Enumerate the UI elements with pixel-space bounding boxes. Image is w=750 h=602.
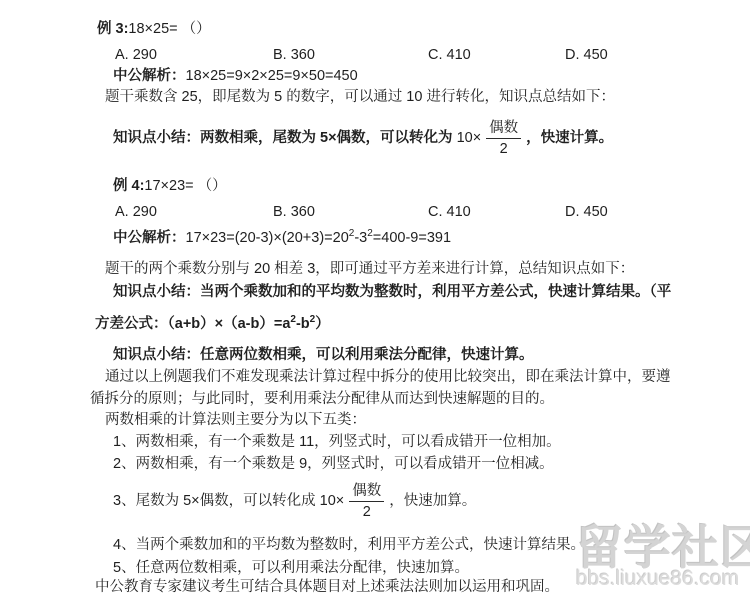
- example3-analysis-label: 中公解析：: [113, 68, 186, 84]
- example3-option-d: D. 450: [565, 45, 608, 65]
- rule-5: 5、任意两位数相乘，可以利用乘法分配律，快速加算。: [113, 558, 469, 578]
- conclusion-para-line2: 循拆分的原则；与此同时，要利用乘法分配律从而达到快速解题的目的。: [90, 389, 554, 409]
- example3-analysis: 中公解析：18×25=9×2×25=9×50=450: [113, 66, 358, 86]
- example4-analysis-label: 中公解析：: [113, 230, 186, 246]
- example3-summary-suffix: ，快速计算。: [526, 128, 613, 148]
- example3-option-c: C. 410: [428, 45, 471, 65]
- example4-analysis: 中公解析：17×23=(20-3)×(20+3)=202-32=400-9=39…: [113, 228, 451, 248]
- formula-p1: 方差公式：（a+b）×（a-b）=a: [95, 316, 290, 332]
- example3-fraction-numerator: 偶数: [486, 120, 521, 139]
- example3-summary-formula: 10×: [457, 128, 482, 148]
- example3-question: 18×25= （）: [128, 21, 210, 37]
- example4-heading: 例 4:17×23= （）: [113, 176, 227, 196]
- example3-options-row: A. 290 B. 360 C. 410 D. 450: [0, 45, 750, 65]
- example4-options-row: A. 290 B. 360 C. 410 D. 450: [0, 202, 750, 222]
- rule3-prefix: 3、尾数为 5×偶数，可以转化成: [113, 491, 316, 511]
- formula-p2: -b: [296, 316, 310, 332]
- watermark: 留学社区 bbs.liuxue86.com: [576, 524, 750, 590]
- rule-1: 1、两数相乘，有一个乘数是 11，列竖式时，可以看成错开一位相加。: [113, 432, 561, 452]
- example3-fraction: 偶数 2: [486, 120, 521, 157]
- conclusion-summary3: 知识点小结：任意两位数相乘，可以利用乘法分配律，快速计算。: [113, 345, 534, 365]
- conclusion-advice: 中公教育专家建议考生可结合具体题目对上述乘法法则加以运用和巩固。: [95, 577, 559, 597]
- example4-question: 17×23= （）: [144, 178, 226, 194]
- conclusion-intro: 两数相乘的计算法则主要分为以下五类：: [105, 410, 366, 430]
- example4-option-a: A. 290: [115, 202, 157, 222]
- example4-analysis-p2: -3: [354, 230, 367, 246]
- example3-summary-prefix: 知识点小结：两数相乘，尾数为 5×偶数，可以转化为: [113, 128, 453, 148]
- example4-summary-line2: 方差公式：（a+b）×（a-b）=a2-b2）: [95, 314, 330, 334]
- example4-analysis-p1: 17×23=(20-3)×(20+3)=20: [186, 230, 349, 246]
- rule3-fraction-numerator: 偶数: [349, 483, 384, 502]
- example3-summary: 知识点小结：两数相乘，尾数为 5×偶数，可以转化为 10× 偶数 2 ，快速计算…: [113, 113, 613, 163]
- rule3-fraction: 偶数 2: [349, 483, 384, 520]
- example4-note: 题干的两个乘数分别与 20 相差 3，即可通过平方差来进行计算，总结知识点如下：: [105, 259, 634, 279]
- watermark-url: bbs.liuxue86.com: [576, 568, 750, 590]
- example4-option-d: D. 450: [565, 202, 608, 222]
- rule3-formula: 10×: [320, 491, 345, 511]
- watermark-title: 留学社区: [576, 524, 750, 572]
- example3-analysis-body: 18×25=9×2×25=9×50=450: [186, 68, 358, 84]
- example3-option-b: B. 360: [273, 45, 315, 65]
- example4-analysis-p3: =400-9=391: [373, 230, 451, 246]
- example4-option-c: C. 410: [428, 202, 471, 222]
- example4-summary-line1: 知识点小结：当两个乘数加和的平均数为整数时，利用平方差公式，快速计算结果。（平: [113, 282, 671, 302]
- formula-p3: ）: [315, 316, 330, 332]
- rule-3: 3、尾数为 5×偶数，可以转化成 10× 偶数 2 ，快速加算。: [113, 476, 476, 526]
- example3-label: 例 3:: [97, 21, 128, 37]
- rule-4: 4、当两个乘数加和的平均数为整数时，利用平方差公式，快速计算结果。: [113, 535, 585, 555]
- rule3-fraction-denominator: 2: [363, 502, 371, 520]
- example3-note: 题干乘数含 25，即尾数为 5 的数字，可以通过 10 进行转化，知识点总结如下…: [105, 87, 615, 107]
- rule-2: 2、两数相乘，有一个乘数是 9，列竖式时，可以看成错开一位相减。: [113, 454, 554, 474]
- example3-fraction-denominator: 2: [500, 139, 508, 157]
- example4-label: 例 4:: [113, 178, 144, 194]
- conclusion-para-line1: 通过以上例题我们不难发现乘法计算过程中拆分的使用比较突出，即在乘法计算中，要遵: [105, 367, 671, 387]
- rule3-suffix: ，快速加算。: [389, 491, 476, 511]
- example4-option-b: B. 360: [273, 202, 315, 222]
- example3-heading: 例 3:18×25= （）: [97, 19, 211, 39]
- document-page: 例 3:18×25= （） A. 290 B. 360 C. 410 D. 45…: [0, 0, 750, 602]
- example3-option-a: A. 290: [115, 45, 157, 65]
